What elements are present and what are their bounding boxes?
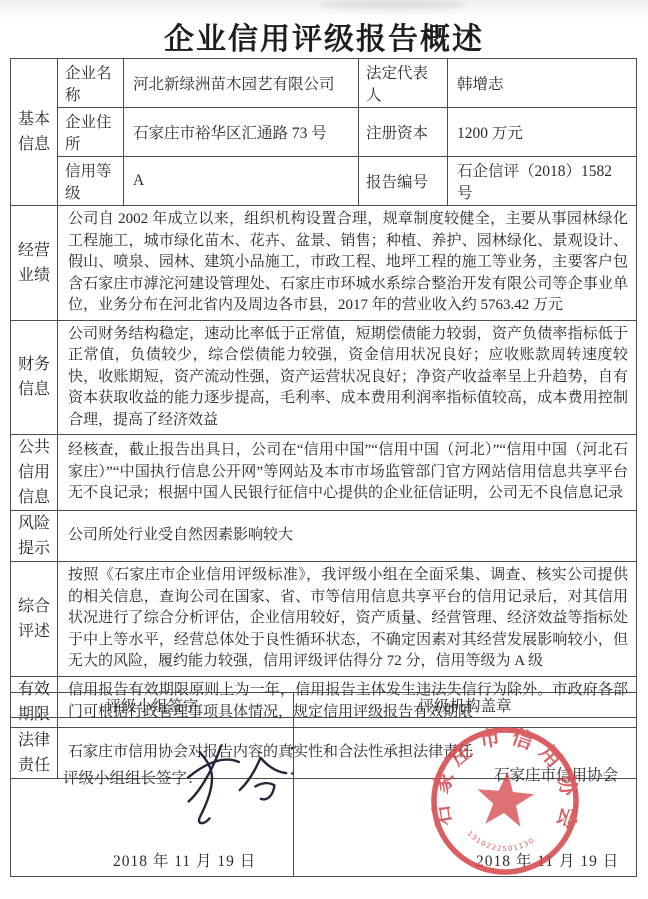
section-text-risk-warning: 公司所处行业受自然因素影响较大 <box>58 511 637 562</box>
section-text-business-performance: 公司自 2002 年成立以来，组织机构设置合理，规章制度较健全，主要从事园林绿化… <box>58 206 637 321</box>
seal-star-icon <box>474 769 536 828</box>
value-credit-rating: A <box>124 157 359 206</box>
value-company-name: 河北新绿洲苗木园艺有限公司 <box>124 59 359 108</box>
agency-seal-header: 评级机构盖章 <box>294 693 637 718</box>
value-legal-representative: 韩增志 <box>448 59 637 108</box>
label-registered-capital: 注册资本 <box>359 108 448 157</box>
report-table: 基本信息 企业名称 河北新绿洲苗木园艺有限公司 法定代表人 韩增志 企业住所 石… <box>10 58 637 779</box>
section-label-comprehensive-review: 综合评述 <box>11 562 58 677</box>
value-registered-capital: 1200 万元 <box>448 108 637 157</box>
label-company-address: 企业住所 <box>58 108 124 157</box>
team-signature-header: 评级小组签字 <box>11 693 294 718</box>
section-label-basic-info: 基本信息 <box>11 59 58 206</box>
agency-seal-cell: 石家庄市信用协会 2018 年 11 月 19 日 石家庄市 <box>294 718 637 877</box>
value-report-number: 石企信评（2018）1582 号 <box>448 157 637 206</box>
red-agency-seal: 石家庄市信用协会 1310222501130 <box>427 723 583 877</box>
section-label-business-performance: 经营业绩 <box>11 206 58 321</box>
section-text-comprehensive-review: 按照《石家庄市企业信用评级标准》，我评级小组在全面采集、调查、核实公司提供的相关… <box>58 562 637 677</box>
scan-artifact <box>318 0 468 9</box>
section-label-risk-warning: 风险提示 <box>11 511 58 562</box>
section-text-financial-info: 公司财务结构稳定，速动比率低于正常值，短期偿债能力较弱，资产负债率指标低于正常值… <box>58 320 637 435</box>
signature-table: 评级小组签字 评级机构盖章 评级小组组长签字： <box>10 692 637 877</box>
label-credit-rating: 信用等级 <box>58 157 124 206</box>
team-signature-cell: 评级小组组长签字： <box>11 718 294 877</box>
handwritten-signature <box>179 730 294 834</box>
label-legal-representative: 法定代表人 <box>359 59 448 108</box>
page-title: 企业信用评级报告概述 <box>0 14 648 58</box>
team-signature-date: 2018 年 11 月 19 日 <box>113 849 256 871</box>
label-company-name: 企业名称 <box>58 59 124 108</box>
value-company-address: 石家庄市裕华区汇通路 73 号 <box>124 108 359 157</box>
section-text-public-credit-info: 经核查，截止报告出具日，公司在“信用中国”“信用中国（河北）”“信用中国（河北石… <box>58 435 637 511</box>
scanned-report-page: 企业信用评级报告概述 基本信息 企业名称 河北新绿洲苗木园艺有限公司 法定代表人… <box>0 0 648 899</box>
section-label-public-credit-info: 公共信用信息 <box>11 435 58 511</box>
section-label-financial-info: 财务信息 <box>11 320 58 435</box>
seal-code-digits: 1310222501130 <box>464 829 536 856</box>
label-report-number: 报告编号 <box>359 157 448 206</box>
